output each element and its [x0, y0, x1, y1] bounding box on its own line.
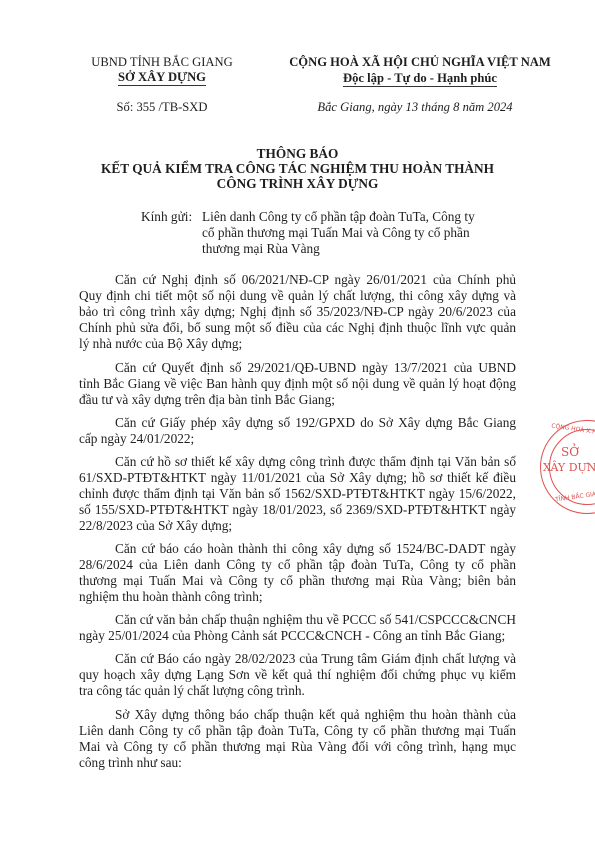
paragraph-line: bảo trì công trình xây dựng; Nghị định s…: [79, 304, 516, 320]
paragraph-line: Quy định chi tiết một số nội dung về quả…: [79, 288, 516, 304]
paragraph-line: Liên danh Công ty cổ phần tập đoàn TuTa,…: [79, 723, 516, 739]
paragraph-line: Sở Xây dựng thông báo chấp thuận kết quả…: [115, 707, 516, 723]
seal-text-top: SỞ: [561, 445, 579, 459]
agency-parent: UBND TỈNH BẮC GIANG: [88, 55, 236, 70]
paragraph-line: chỉnh được thẩm định tại Văn bản số 1562…: [79, 486, 516, 502]
paragraph-line: Căn cứ Nghị định số 06/2021/NĐ-CP ngày 2…: [115, 272, 516, 288]
paragraph-line: tỉnh Bắc Giang về việc Ban hành quy định…: [79, 376, 516, 392]
recipient-label: Kính gửi:: [141, 209, 192, 225]
paragraph-line: Căn cứ Giấy phép xây dựng số 192/GPXD do…: [115, 415, 516, 431]
agency-name: SỞ XÂY DỰNG: [88, 70, 236, 85]
agency-name-text: SỞ XÂY DỰNG: [118, 70, 206, 86]
official-seal: CỘNG HOÀ X.H.C.N V SỞ XÂY DỰNG TỈNH BẮC …: [540, 420, 595, 514]
paragraph-line: 22/8/2023 của Sở Xây dựng;: [79, 518, 516, 534]
paragraph-line: tra công tác quản lý chất lượng công trì…: [79, 683, 516, 699]
paragraph-line: Căn cứ hồ sơ thiết kế xây dựng công trìn…: [115, 454, 516, 470]
paragraph-line: Căn cứ Báo cáo ngày 28/02/2023 của Trung…: [115, 651, 516, 667]
paragraph-line: công trình như sau:: [79, 755, 516, 771]
doc-type: THÔNG BÁO: [0, 146, 595, 162]
paragraph-line: cấp ngày 24/01/2022;: [79, 431, 516, 447]
doc-title-line1: KẾT QUẢ KIỂM TRA CÔNG TÁC NGHIỆM THU HOÀ…: [0, 161, 595, 177]
paragraph-line: Căn cứ văn bản chấp thuận nghiệm thu về …: [115, 612, 516, 628]
paragraph-line: ngày 25/01/2024 của Phòng Cảnh sát PCCC&…: [79, 628, 516, 644]
motto-text: Độc lập - Tự do - Hạnh phúc: [343, 71, 497, 87]
paragraph-line: 28/6/2024 của Liên danh Công ty cổ phần …: [79, 557, 516, 573]
recipient-line: cổ phần thương mại Tuấn Mai và Công ty c…: [202, 225, 470, 241]
motto: Độc lập - Tự do - Hạnh phúc: [270, 71, 570, 86]
paragraph-line: nghiệm thu hoàn thành công trình;: [79, 589, 516, 605]
paragraph-line: Căn cứ báo cáo hoàn thành thi công xây d…: [115, 541, 516, 557]
paragraph-line: thương mại Tuấn Mai và Công ty cổ phần t…: [79, 573, 516, 589]
paragraph-line: số 155/SXD-PTĐT&HTKT ngày 18/01/2023, số…: [79, 502, 516, 518]
seal-text-main: XÂY DỰNG: [543, 461, 595, 474]
nation-title: CỘNG HOÀ XÃ HỘI CHỦ NGHĨA VIỆT NAM: [270, 55, 570, 70]
paragraph-line: Căn cứ Quyết định số 29/2021/QĐ-UBND ngà…: [115, 360, 516, 376]
place-date: Bắc Giang, ngày 13 tháng 8 năm 2024: [295, 100, 535, 115]
paragraph-line: Mai và Công ty cổ phần thương mại Rùa Và…: [79, 739, 516, 755]
paragraph-line: quy hoạch xây dựng Lạng Sơn về kết quả t…: [79, 667, 516, 683]
paragraph-line: 61/SXD-PTĐT&HTKT ngày 11/01/2021 của Sở …: [79, 470, 516, 486]
doc-number: Số: 355 /TB-SXD: [88, 100, 236, 115]
doc-title-line2: CÔNG TRÌNH XÂY DỰNG: [0, 176, 595, 192]
recipient-line: thương mại Rùa Vàng: [202, 241, 320, 257]
paragraph-line: lý nhà nước của Bộ Xây dựng;: [79, 336, 516, 352]
paragraph-line: đầu tư và xây dựng trên địa bàn tỉnh Bắc…: [79, 392, 516, 408]
recipient-line: Liên danh Công ty cổ phần tập đoàn TuTa,…: [202, 209, 475, 225]
paragraph-line: Chính phủ sửa đổi, bổ sung một số điều c…: [79, 320, 516, 336]
